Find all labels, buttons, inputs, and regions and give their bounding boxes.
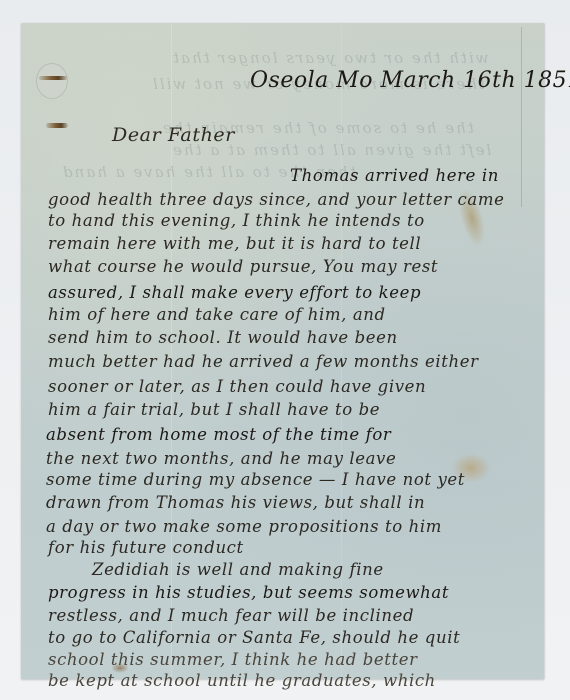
- letter-line: the next two months, and he may leave: [46, 449, 396, 468]
- letter-sheet: with the or two years longer that there …: [21, 23, 544, 679]
- letter-line: for his future conduct: [48, 538, 244, 557]
- letter-line: him a fair trial, but I shall have to be: [48, 400, 380, 419]
- letter-line: to go to California or Santa Fe, should …: [48, 628, 460, 647]
- paper-fold-line-secondary: [341, 23, 342, 679]
- letter-line: him of here and take care of him, and: [48, 305, 386, 324]
- letter-line: remain here with me, but it is hard to t…: [48, 234, 421, 253]
- paper-fold-line: [171, 23, 172, 679]
- letter-line: progress in his studies, but seems somew…: [48, 583, 449, 602]
- wax-mark: [39, 76, 67, 80]
- bleed-line: with the or two years longer that: [171, 49, 489, 67]
- bleed-through-text: with the or two years longer that there …: [21, 23, 544, 679]
- letter-line: Zedidiah is well and making fine: [92, 560, 384, 579]
- seal-impression: [36, 63, 68, 99]
- letter-place-date: Oseola Mo March 16th 1851: [250, 68, 570, 93]
- letter-line: to hand this evening, I think he intends…: [48, 211, 425, 230]
- letter-line: school this summer, I think he had bette…: [48, 650, 418, 669]
- letter-line: some time during my absence — I have not…: [46, 470, 465, 489]
- letter-line: good health three days since, and your l…: [48, 190, 504, 209]
- margin-rule: [521, 27, 522, 207]
- letter-line: assured, I shall make every effort to ke…: [48, 283, 421, 302]
- letter-line: be kept at school until he graduates, wh…: [48, 671, 436, 690]
- letter-line: absent from home most of the time for: [46, 425, 391, 444]
- letter-line: what course he would pursue, You may res…: [48, 257, 438, 276]
- letter-line: restless, and I much fear will be inclin…: [48, 606, 414, 625]
- wax-mark: [46, 123, 68, 128]
- letter-line: much better had he arrived a few months …: [48, 352, 479, 371]
- letter-line: send him to school. It would have been: [48, 328, 398, 347]
- letter-line: Thomas arrived here in: [290, 166, 499, 185]
- letter-line: a day or two make some propositions to h…: [46, 517, 442, 536]
- letter-line: sooner or later, as I then could have gi…: [48, 377, 426, 396]
- letter-salutation: Dear Father: [112, 124, 235, 146]
- letter-line: drawn from Thomas his views, but shall i…: [46, 493, 425, 512]
